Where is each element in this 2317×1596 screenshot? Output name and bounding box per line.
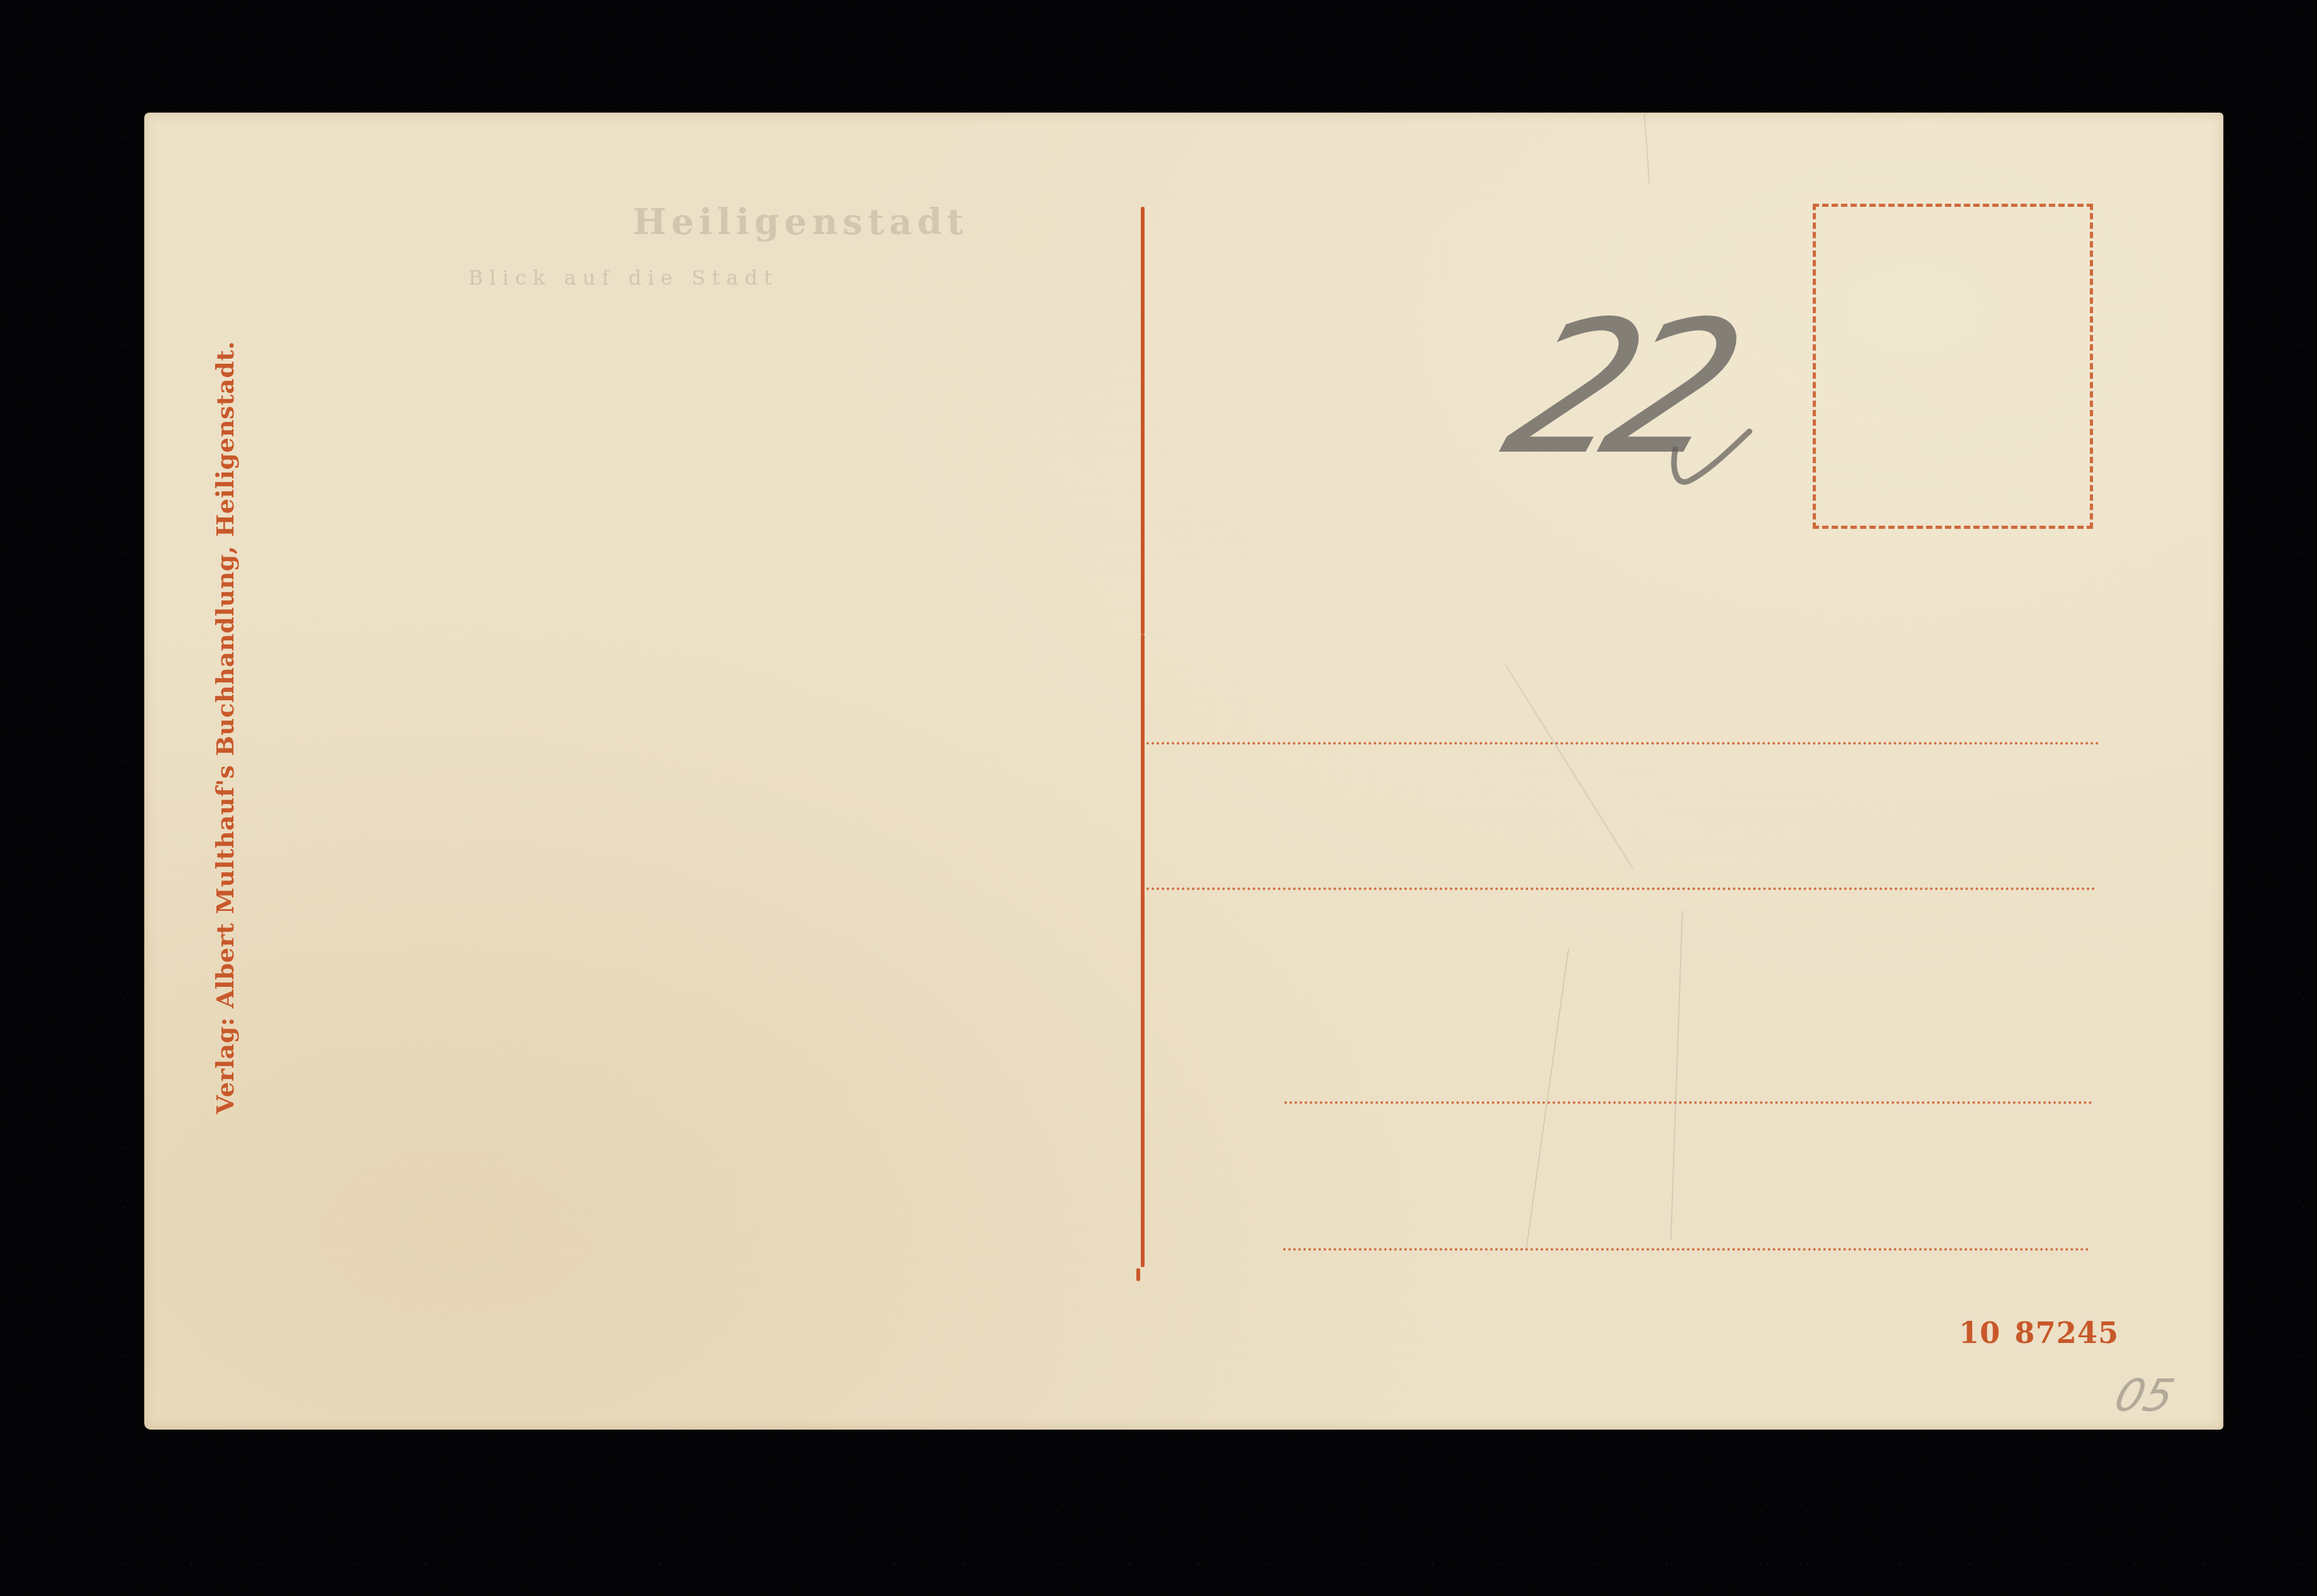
address-line-3 bbox=[1284, 1101, 2092, 1104]
center-divider-line-lower bbox=[1141, 634, 1145, 1267]
address-line-1 bbox=[1146, 742, 2099, 745]
serial-number: 1087245 bbox=[1959, 1316, 2119, 1350]
center-divider-tip bbox=[1136, 1268, 1140, 1281]
show-through-subtitle: Blick auf die Stadt bbox=[468, 266, 778, 290]
publisher-imprint: Verlag: Albert Multhauf's Buchhandlung, … bbox=[211, 341, 239, 1114]
pencil-checkmark-icon bbox=[1670, 424, 1753, 493]
address-line-2 bbox=[1146, 888, 2096, 890]
serial-value: 87245 bbox=[2015, 1316, 2119, 1350]
show-through-title: Heiligenstadt bbox=[633, 201, 969, 243]
center-divider-line bbox=[1141, 207, 1145, 634]
serial-prefix: 10 bbox=[1959, 1316, 2001, 1350]
address-line-4 bbox=[1283, 1248, 2089, 1251]
stamp-box bbox=[1813, 204, 2093, 529]
